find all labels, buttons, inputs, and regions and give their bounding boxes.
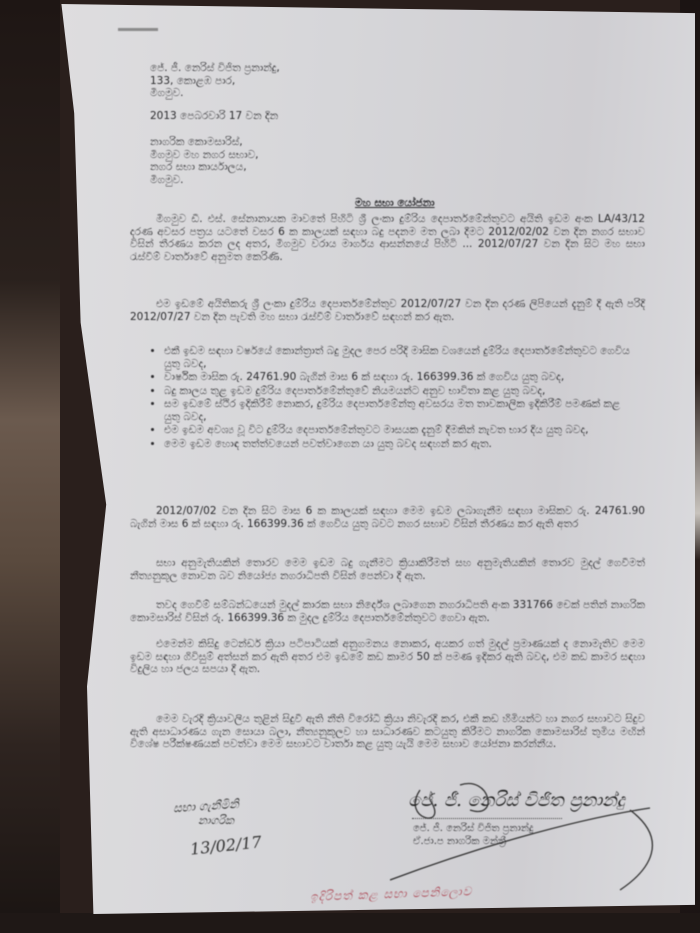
handwritten-note: නාගරික	[198, 815, 234, 828]
paragraph: 2012/07/02 වන දින සිට මාස 6 ක කාලයක් සඳහ…	[130, 505, 645, 530]
handwritten-note: සභා ගැනීමිනි	[173, 798, 240, 815]
red-handwritten-note: ඉදිරිපත් කළ සභා පෙනිලොව	[310, 885, 473, 903]
list-item: සම ඉඩමේ ස්ථිර ඉදිකිරීම් නොකර, දුම්රිය දෙ…	[164, 398, 634, 423]
background-left	[0, 0, 60, 933]
letter-date: 2013 පෙබරවාරි 17 වන දින	[150, 110, 278, 123]
paragraph: එමෙන්ම කිසිදු ටෙන්ඩර් ක්‍රියා පටිපාටියක්…	[130, 638, 645, 676]
letter-title: මහ සභා යෝජනා	[355, 197, 435, 210]
list-item: එම ඉඩම අවශ්‍ය වූ විට දුම්රිය දෙපාර්තමේන්…	[164, 424, 634, 437]
address-line: මීගමුව මහ නගර සභාව,	[150, 149, 259, 162]
condition-list: එකී ඉඩම සඳහා වර්ෂයේ කොන්ත්‍රාත් බදු මුදල…	[150, 345, 634, 451]
address-line: 133, කොළඹ පාර,	[150, 75, 280, 88]
recipient-address: නාගරික කොමසාරිස්, මීගමුව මහ නගර සභාව, නග…	[150, 136, 259, 186]
address-line: ජේ. ජී. නෙරිස් විජිත ප්‍රනාන්දු,	[150, 62, 280, 75]
address-line: නගර සභා කාර්යාලය,	[150, 161, 259, 174]
address-line: මීගමුව.	[150, 87, 280, 100]
signer-title: ඒ.ජා.ප නාගරික මන්ත්‍රී	[413, 836, 506, 849]
address-line: නාගරික කොමසාරිස්,	[150, 136, 259, 149]
paragraph: තවද ගෙවීම් සම්බන්ධයෙන් මුදල් කාරක සභා නි…	[130, 599, 645, 624]
list-item: බදු කාලය තුළ ඉඩම දුම්රිය දෙපාර්තමේන්තුවේ…	[164, 385, 634, 398]
paragraph: එම ඉඩමේ අයිතිකරු ශ්‍රී ලංකා දුම්රිය දෙපා…	[130, 298, 645, 323]
signature-line	[412, 818, 562, 819]
sender-address: ජේ. ජී. නෙරිස් විජිත ප්‍රනාන්දු, 133, කො…	[150, 62, 280, 100]
address-line: මීගමුව.	[150, 174, 259, 187]
paragraph: මීගමුව ඩී. එස්. සේනානායක මාවතේ පිහිටි ශ්…	[130, 213, 645, 263]
list-item: මෙම ඉඩම හොඳ තත්ත්වයෙන් පවත්වාගෙන යා යුතු…	[164, 438, 634, 451]
handwritten-date: 13/02/17	[190, 836, 263, 856]
list-item: වාර්ෂික මාසික රු. 24761.90 බැගින් මාස 6 …	[164, 371, 634, 384]
signer-name: ජේ. ජී. නෙරිස් විජිත ප්‍රනාන්දු	[413, 823, 533, 836]
header-mark	[118, 28, 158, 31]
list-item: එකී ඉඩම සඳහා වර්ෂයේ කොන්ත්‍රාත් බදු මුදල…	[164, 345, 634, 370]
signature: ජේ. ජී. නෙරිස් විජිත ප්‍රනාන්දු	[408, 795, 625, 808]
letter-document: ජේ. ජී. නෙරිස් විජිත ප්‍රනාන්දු, 133, කො…	[90, 0, 650, 930]
paragraph: සභා අනුමැතියකින් තොරව මෙම ඉඩම බදු ගැනීමට…	[130, 557, 645, 582]
paragraph: මෙම වැරදි ක්‍රියාවලිය තුළින් සිදුවී ඇති …	[130, 713, 645, 751]
